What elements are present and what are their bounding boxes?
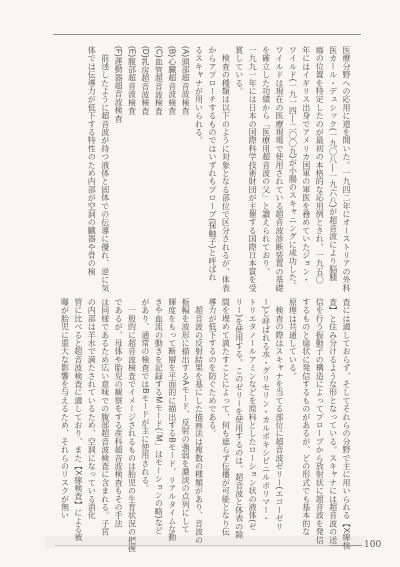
footer-rule-accent <box>330 545 362 546</box>
text-column: きや血流の動きを記録するMモード(「M」はモーションの略)など <box>152 298 165 546</box>
text-column: 体では伝導力が低下する特性のため内部が空洞の臓器や骨の検 <box>85 46 98 287</box>
text-column: 医療分野への応用に道を開いた。一九四二年にオーストリアの外科 <box>340 46 353 287</box>
text-column: 管に比べると超音波検査に適しており、また【X線検査】による被 <box>71 298 84 546</box>
text-column: ワイルド(一九一四―二〇〇九)が小腸のスキャニングに成功した。 <box>286 46 299 287</box>
text-column: 一般的に超音波検査でイメージされるものは胎児の生育状況の把握 <box>125 298 138 546</box>
text-column: (C)血管超音波検査 <box>152 46 165 287</box>
text-column: ー)と呼ばれる水・グリセリン・カルボキシビニルポリマー・ <box>259 298 272 546</box>
page-number: 100 <box>364 540 381 550</box>
lower-text-band: 査には適しておらず、そしてそれらの分野で主に用いられる【X線検査】と住み分けるよ… <box>58 298 353 546</box>
text-column: (A)頭部超音波検査 <box>179 46 192 287</box>
text-column: リー)を使用する。このゼリーを使用するのは、超音波と体表の隙 <box>232 298 245 546</box>
text-column: 輝度をもって断層を平面的に描出するBモード、リアルタイムな動 <box>165 298 178 546</box>
text-column: ワイルドは現在の医療現場で使用されている超音波診断装置の基礎 <box>273 46 286 287</box>
text-column: (F)運動器超音波検査 <box>112 46 125 287</box>
text-column: 超音波の反射結果を基にした描画法は複数の種類があり、音波の <box>192 298 205 546</box>
text-column: からアプローチするものではいずれもプローブ(探触子)と呼ばれ <box>206 46 219 287</box>
text-column: 検査の種類は以下のように対象となる部位で区分されるが、体表 <box>219 46 232 287</box>
text-column: の内部は羊水で満たされているため、空洞になっている消化 <box>85 298 98 546</box>
text-column: (D)乳房超音波検査 <box>139 46 152 287</box>
text-column: 信を行う振動子の構造によってプローブから放射状に超音波を発信 <box>313 298 326 546</box>
text-column: するものと扇状に発信するものがあるが、どの形式でも基本的な <box>299 298 312 546</box>
text-column: 振幅を波形に描出するAモード、反射の強弱を濃淡の点列にして <box>179 298 192 546</box>
text-column: 一九九一年には日本の国際科学技術財団が主催する国際日本賞を受 <box>246 46 259 287</box>
text-column: を確立した功績から「医療用超音波の父」と讃えられており、 <box>259 46 272 287</box>
text-column: 検査の際はスキャナを当てる部位に超音波ゼリー(エコーゼリ <box>273 298 286 546</box>
text-column: 賞している。 <box>232 46 245 287</box>
page-bottom-shading <box>45 536 365 548</box>
text-column: 原理は共通している。 <box>286 298 299 546</box>
text-column: 査】と住み分けるような形となっている。スキャナには超音波の送 <box>326 298 339 546</box>
text-column: は同様であるため広い意味での腹部超音波検査に含まれる。子宮 <box>98 298 111 546</box>
text-column: るスキャナが用いられる。 <box>192 46 205 287</box>
text-column: 査には適しておらず、そしてそれらの分野で主に用いられる【X線検 <box>340 298 353 546</box>
text-column: (B)心臓超音波検査 <box>165 46 178 287</box>
text-column: (E)腹部超音波検査 <box>125 46 138 287</box>
footer-rule <box>55 545 362 546</box>
text-column: 医カール・デュシック(一九〇八―一九六八)が超音波により脳腫 <box>326 46 339 287</box>
book-page-scan: 医療分野への応用に道を開いた。一九四二年にオーストリアの外科医カール・デュシック… <box>0 0 400 567</box>
text-column: 間を埋めて満たすことによって、何も遮らず伝播が可能となり伝 <box>219 298 232 546</box>
upper-text-band: 医療分野への応用に道を開いた。一九四二年にオーストリアの外科医カール・デュシック… <box>85 46 353 287</box>
text-column: 導力が低下するのを防ぐためである。 <box>206 298 219 546</box>
text-column: トリエタノールアミンなどを原料としたローション状の液体(ゼ <box>246 298 259 546</box>
text-column: があり、通常の検査ではBモードが主に使用される。 <box>139 298 152 546</box>
header-rule <box>53 34 361 35</box>
text-column: 前述したように超音波が持つ液体と固体での伝導に優れ、逆に気 <box>98 46 111 287</box>
text-column: 曝が胎児に重大な影響を与えるため、それらのリスクが無い <box>58 298 71 546</box>
text-column: 年にはイギリス出身でアメリカ国軍の軍医を務めていたジョン・ <box>299 46 312 287</box>
text-column: であるが、母体や胎児の観察をする産科超音波検査もその手法 <box>112 298 125 546</box>
text-column: 瘍の位置を特定したのが最初の本格的な応用例とされ、一九五〇 <box>313 46 326 287</box>
